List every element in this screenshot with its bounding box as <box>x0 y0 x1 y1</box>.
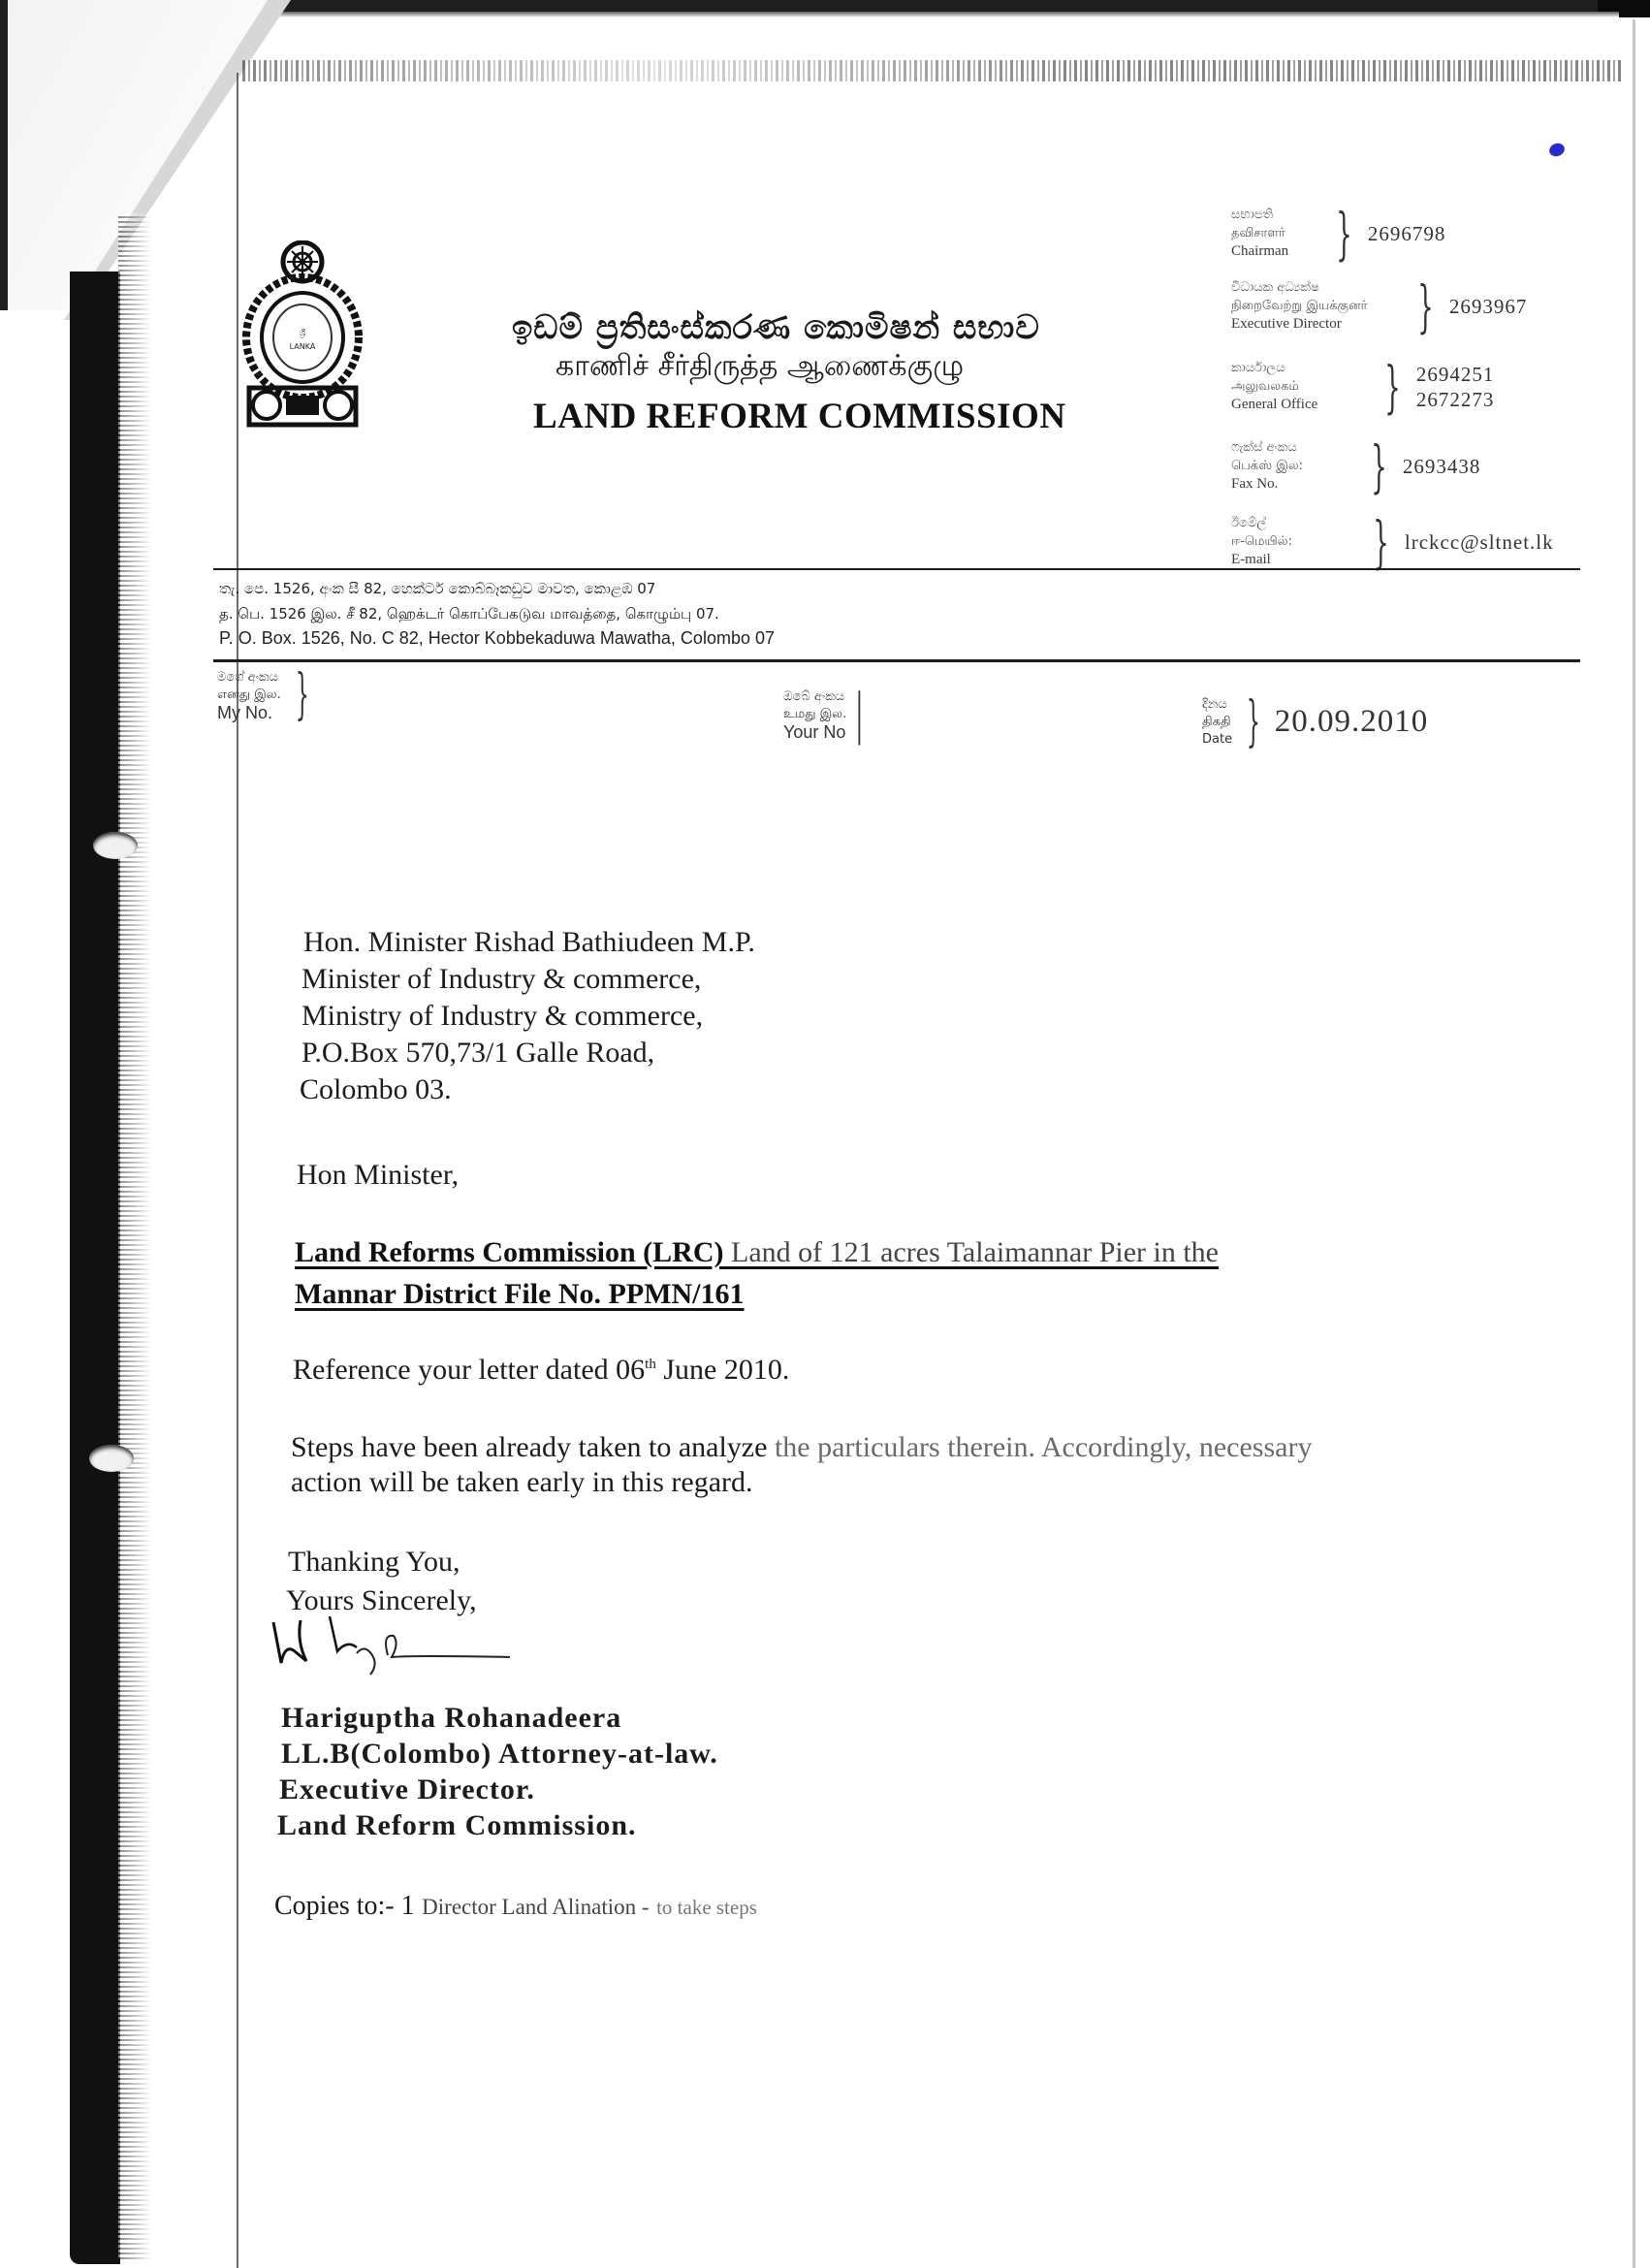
subject-org: Land Reforms Commission (LRC) <box>295 1236 724 1268</box>
punch-hole-icon <box>93 832 138 859</box>
recipient-title: Minister of Industry & commerce, <box>301 963 701 996</box>
org-name-sinhala: ඉඩම් ප්‍රතිසංස්කරණ කොමිෂන් සභාව <box>512 308 1040 347</box>
reference-line: Reference your letter dated 06th June 20… <box>293 1354 789 1387</box>
ref-label-tamil: உமது இல. <box>783 706 846 723</box>
reference-text: Reference your letter dated 06 <box>293 1354 645 1386</box>
margin-line <box>237 73 238 2268</box>
date-label: Date <box>1202 731 1232 749</box>
signatory-organization: Land Reform Commission. <box>277 1809 637 1842</box>
signatory-qualification: LL.B(Colombo) Attorney-at-law. <box>281 1738 718 1771</box>
contact-label-tamil: தவிசாளர் <box>1231 224 1320 242</box>
copies-note: to take steps <box>656 1896 757 1919</box>
brace-icon: } <box>1384 360 1401 414</box>
copies-recipient: Director Land Alination - <box>422 1895 649 1919</box>
punch-hole-icon <box>89 1445 134 1472</box>
contact-fax: ෆැක්ස් අංකය பெக்ஸ் இல: Fax No. } 2693438 <box>1231 438 1480 494</box>
reference-date: June 2010. <box>656 1354 790 1386</box>
letter-date: 20.09.2010 <box>1275 704 1429 740</box>
contact-label: Executive Director <box>1231 315 1402 334</box>
contact-label-tamil: அலுவலகம் <box>1231 377 1369 396</box>
signature-icon <box>268 1614 655 1692</box>
date-block: දිනය திகதி Date } 20.09.2010 <box>1202 690 1428 753</box>
scan-noise-top <box>242 60 1624 81</box>
org-name-tamil: காணிச் சீர்திருத்த ஆணைக்குழு <box>555 349 964 387</box>
body-paragraph-line-2: action will be taken early in this regar… <box>291 1466 753 1499</box>
subject-line-2: Mannar District File No. PPMN/161 <box>295 1278 745 1311</box>
brace-icon: | <box>856 683 864 746</box>
brace-icon: } <box>295 663 308 726</box>
email-address: lrckcc@sltnet.lk <box>1405 529 1554 555</box>
brace-icon: } <box>1371 439 1387 494</box>
closing-sign-off: Yours Sincerely, <box>286 1584 477 1617</box>
body-paragraph-line-1: Steps have been already taken to analyze… <box>291 1431 1312 1464</box>
brace-icon: } <box>1247 690 1260 753</box>
contact-label: Fax No. <box>1231 475 1355 494</box>
contact-label: General Office <box>1231 396 1369 414</box>
address-sinhala: තැ. පෙ. 1526, අංක සී 82, හෙක්ටර් කොබ්බෑක… <box>219 580 655 597</box>
address-english: P. O. Box. 1526, No. C 82, Hector Kobbek… <box>219 628 775 649</box>
binding-shadow <box>70 272 120 2264</box>
recipient-city: Colombo 03. <box>300 1073 452 1106</box>
signatory-name: Hariguptha Rohanadeera <box>281 1702 621 1735</box>
copies-to: Copies to:- 1 Director Land Alination - … <box>274 1889 757 1922</box>
org-name-english: LAND REFORM COMMISSION <box>533 396 1066 437</box>
ref-label-tamil: திகதி <box>1202 714 1232 731</box>
ref-label-sinhala: ඔබේ අංකය <box>783 688 846 706</box>
contact-label: Chairman <box>1231 242 1320 261</box>
header-divider <box>213 568 1580 570</box>
national-emblem-icon: ශ්‍රී LANKA <box>239 240 365 431</box>
my-number-block: මගේ අංකය எனது இல. My No. } <box>217 663 323 726</box>
svg-text:ශ්‍රී: ශ්‍රී <box>299 328 306 338</box>
body-text-faded: the particulars therein. Accordingly, ne… <box>775 1431 1313 1463</box>
signatory-title: Executive Director. <box>279 1773 535 1806</box>
ink-mark <box>1547 142 1566 159</box>
contact-email: ඊමේල් ஈ-மெயில்: E-mail } lrckcc@sltnet.l… <box>1231 514 1554 569</box>
contact-label-tamil: நிறைவேற்று இயக்குனர் <box>1231 297 1402 315</box>
your-number-block: ඔබේ අංකය உமது இல. Your No | <box>783 683 873 746</box>
contact-phone: 2672273 <box>1416 387 1495 412</box>
page-top-shadow <box>242 12 1619 17</box>
address-divider <box>213 659 1580 662</box>
contact-label-sinhala: ෆැක්ස් අංකය <box>1231 438 1355 457</box>
svg-text:LANKA: LANKA <box>290 342 316 351</box>
closing-thanks: Thanking You, <box>288 1546 460 1579</box>
contact-chairman: සභාපති தவிசாளர் Chairman } 2696798 <box>1231 206 1445 261</box>
contact-label-sinhala: කාර්යාලය <box>1231 359 1369 377</box>
brace-icon: } <box>1336 207 1352 261</box>
contact-label: E-mail <box>1231 551 1357 569</box>
subject-land: Land of 121 acres Talaimannar Pier in th… <box>724 1236 1220 1268</box>
contact-phone: 2696798 <box>1368 221 1446 246</box>
your-no-label: Your No <box>783 723 846 741</box>
recipient-po-box: P.O.Box 570,73/1 Galle Road, <box>301 1037 654 1070</box>
scan-noise-left <box>118 213 151 2259</box>
recipient-name: Hon. Minister Rishad Bathiudeen M.P. <box>303 926 755 959</box>
ordinal-suffix: th <box>645 1357 656 1372</box>
recipient-ministry: Ministry of Industry & commerce, <box>301 1000 703 1033</box>
contact-phone: 2694251 <box>1416 362 1495 387</box>
ref-label-tamil: எனது இல. <box>217 687 281 704</box>
brace-icon: } <box>1417 279 1434 334</box>
copies-label: Copies to:- 1 <box>274 1891 415 1921</box>
body-text: Steps have been already taken to analyze <box>291 1431 775 1463</box>
ref-label-sinhala: දිනය <box>1202 696 1232 714</box>
address-tamil: த. பெ. 1526 இல. சீ 82, ஹெக்டர் கொப்பேகடு… <box>219 605 719 624</box>
salutation: Hon Minister, <box>297 1159 459 1192</box>
fax-number: 2693438 <box>1403 454 1481 479</box>
contact-phone: 2693967 <box>1449 294 1528 319</box>
contact-general-office: කාර්යාලය அலுவலகம் General Office } 26942… <box>1231 359 1494 414</box>
contact-label-sinhala: විධායක අධ්‍යක්ෂ <box>1231 278 1402 297</box>
contact-executive-director: විධායක අධ්‍යක්ෂ நிறைவேற்று இயக்குனர் Exe… <box>1231 278 1527 334</box>
my-no-label: My No. <box>217 704 281 721</box>
contact-label-tamil: ஈ-மெயில்: <box>1231 532 1357 551</box>
ref-label-sinhala: මගේ අංකය <box>217 669 281 687</box>
contact-label-tamil: பெக்ஸ் இல: <box>1231 457 1355 475</box>
page-right-edge <box>1633 19 1635 2268</box>
contact-label-sinhala: සභාපති <box>1231 206 1320 224</box>
brace-icon: } <box>1373 515 1389 569</box>
subject-line-1: Land Reforms Commission (LRC) Land of 12… <box>295 1236 1219 1269</box>
contact-label-sinhala: ඊමේල් <box>1231 514 1357 532</box>
